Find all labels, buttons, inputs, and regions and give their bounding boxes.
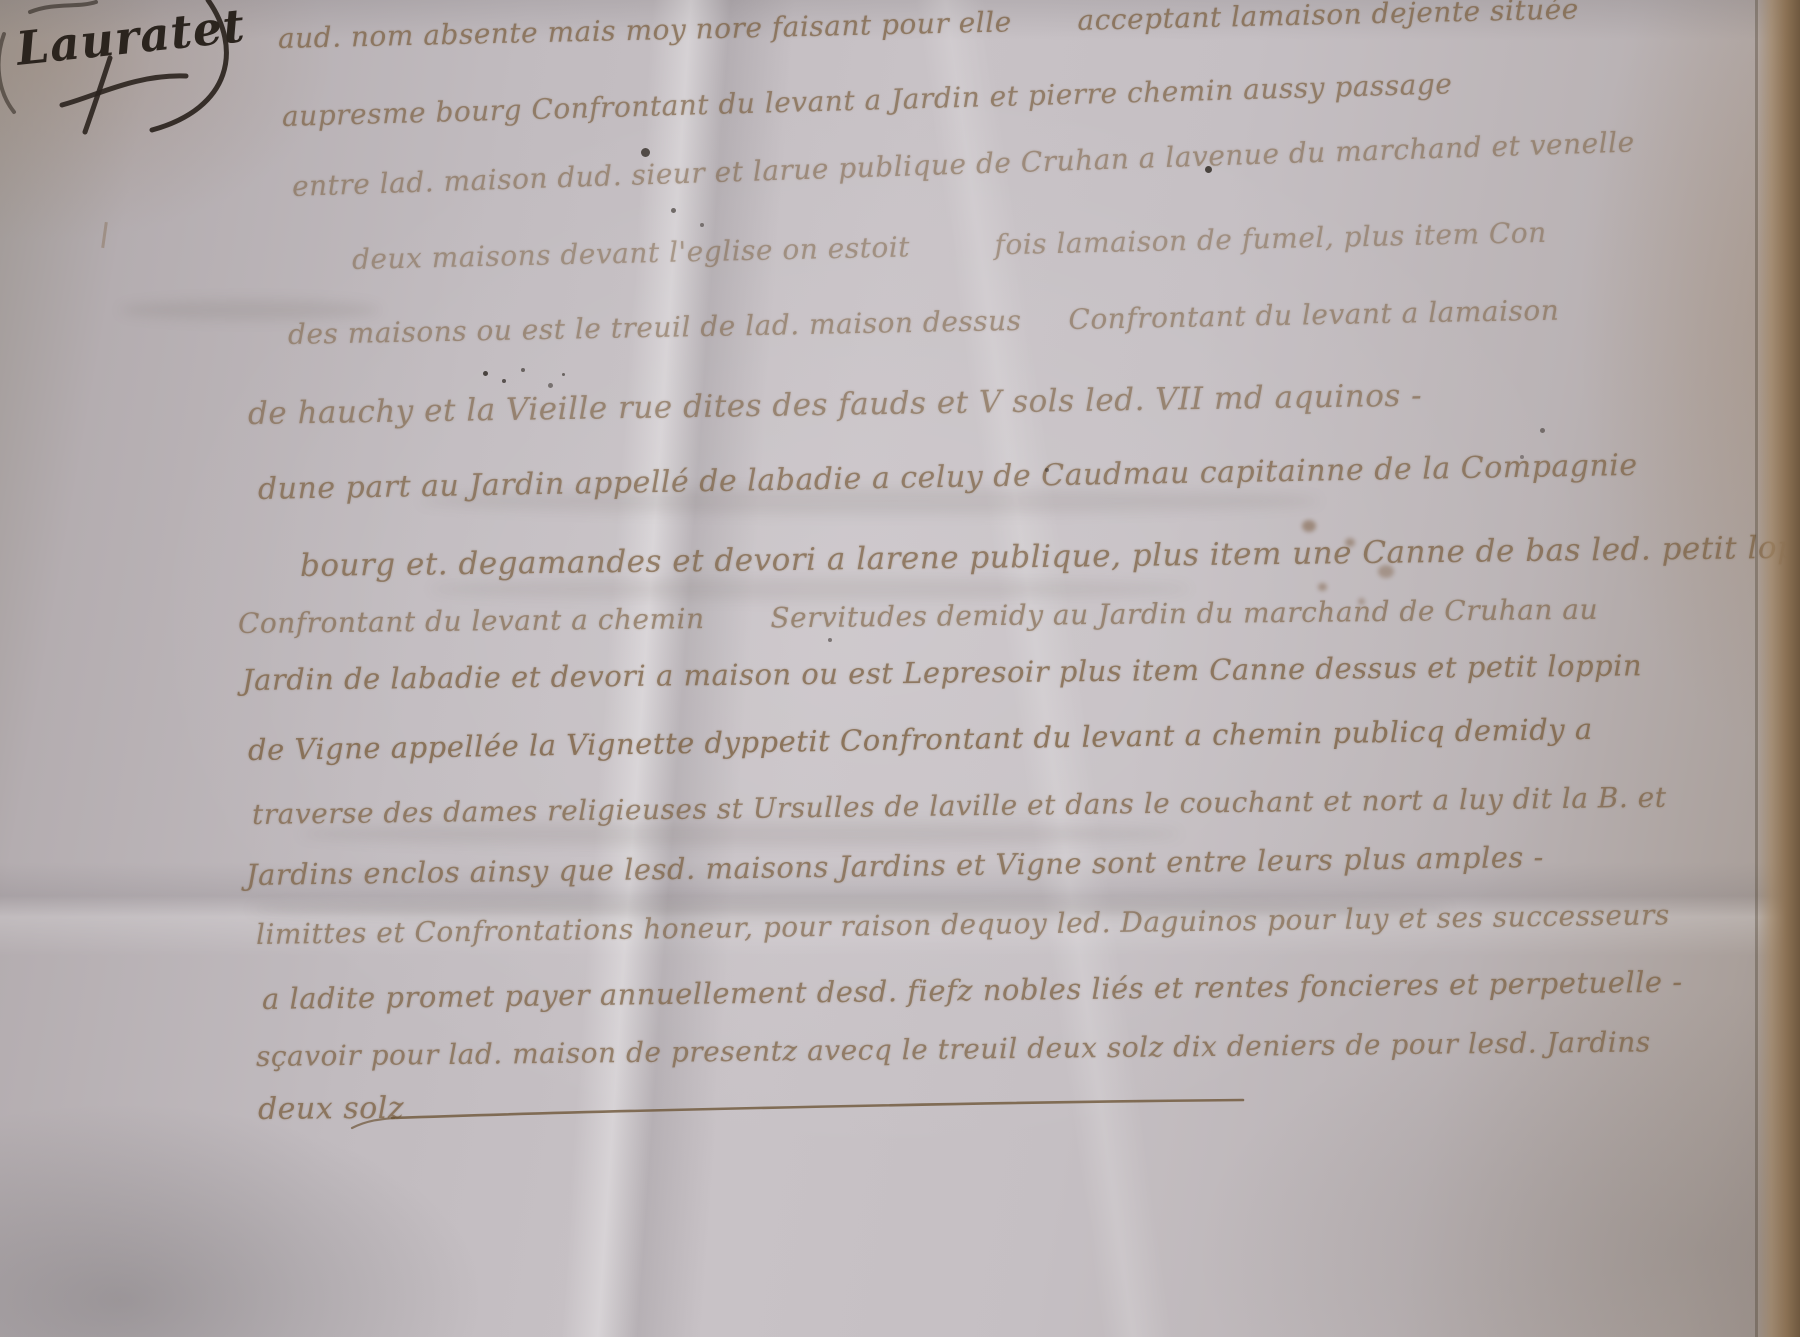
ink-speck — [1540, 428, 1545, 433]
ink-speck — [828, 638, 832, 642]
ink-speck — [483, 371, 488, 376]
stain-blot — [1318, 583, 1327, 591]
ink-speck — [700, 223, 704, 227]
manuscript-line: limittes et Confrontations honeur, pour … — [256, 898, 1670, 951]
ink-speck — [521, 368, 525, 372]
ink-speck — [641, 148, 650, 157]
manuscript-line: des maisons ou est le treuil de lad. mai… — [288, 294, 1560, 351]
margin-cross-mark — [0, 0, 300, 230]
manuscript-line: deux solz — [258, 1091, 404, 1127]
manuscript-line: dune part au Jardin appellé de labadie a… — [258, 448, 1638, 507]
manuscript-page: Lauratet aud. nom absente mais moy nore … — [0, 0, 1800, 1337]
ink-speck — [1520, 455, 1524, 459]
manuscript-line: aud. nom absente mais moy nore faisant p… — [278, 0, 1580, 55]
manuscript-line: de Vigne appellée la Vignette dyppetit C… — [248, 712, 1593, 767]
manuscript-line: sçavoir pour lad. maison de presentz ave… — [256, 1025, 1651, 1073]
stain-blot — [1378, 565, 1394, 578]
manuscript-line: deux maisons devant l'eglise on estoit f… — [352, 216, 1547, 276]
manuscript-line: a ladite promet payer annuellement desd.… — [262, 965, 1683, 1016]
manuscript-line: aupresme bourg Confrontant du levant a J… — [282, 67, 1453, 133]
stain-blot — [1345, 538, 1355, 547]
manuscript-line: Confrontant du levant a chemin Servitude… — [238, 593, 1598, 640]
manuscript-line: de hauchy et la Vieille rue dites des fa… — [248, 378, 1423, 432]
ink-speck — [548, 383, 553, 388]
ink-speck — [1205, 166, 1212, 173]
ink-speck — [1045, 468, 1049, 472]
manuscript-line: Jardin de labadie et devori a maison ou … — [242, 648, 1642, 697]
manuscript-line: Jardins enclos ainsy que lesd. maisons J… — [246, 840, 1544, 892]
adjacent-page-edge — [1756, 0, 1800, 1337]
manuscript-line: traverse des dames religieuses st Ursull… — [252, 781, 1667, 831]
stain-blot — [1358, 598, 1365, 605]
ink-speck — [502, 379, 506, 383]
margin-annotation: Lauratet — [0, 0, 300, 230]
ink-speck — [671, 208, 676, 213]
ink-speck — [562, 373, 565, 376]
stain-blot — [1302, 520, 1316, 532]
manuscript-line: entre lad. maison dud. sieur et larue pu… — [291, 125, 1635, 203]
manuscript-line: bourg et. degamandes et devori a larene … — [300, 529, 1800, 584]
bleedthrough-smudge — [430, 578, 1190, 600]
